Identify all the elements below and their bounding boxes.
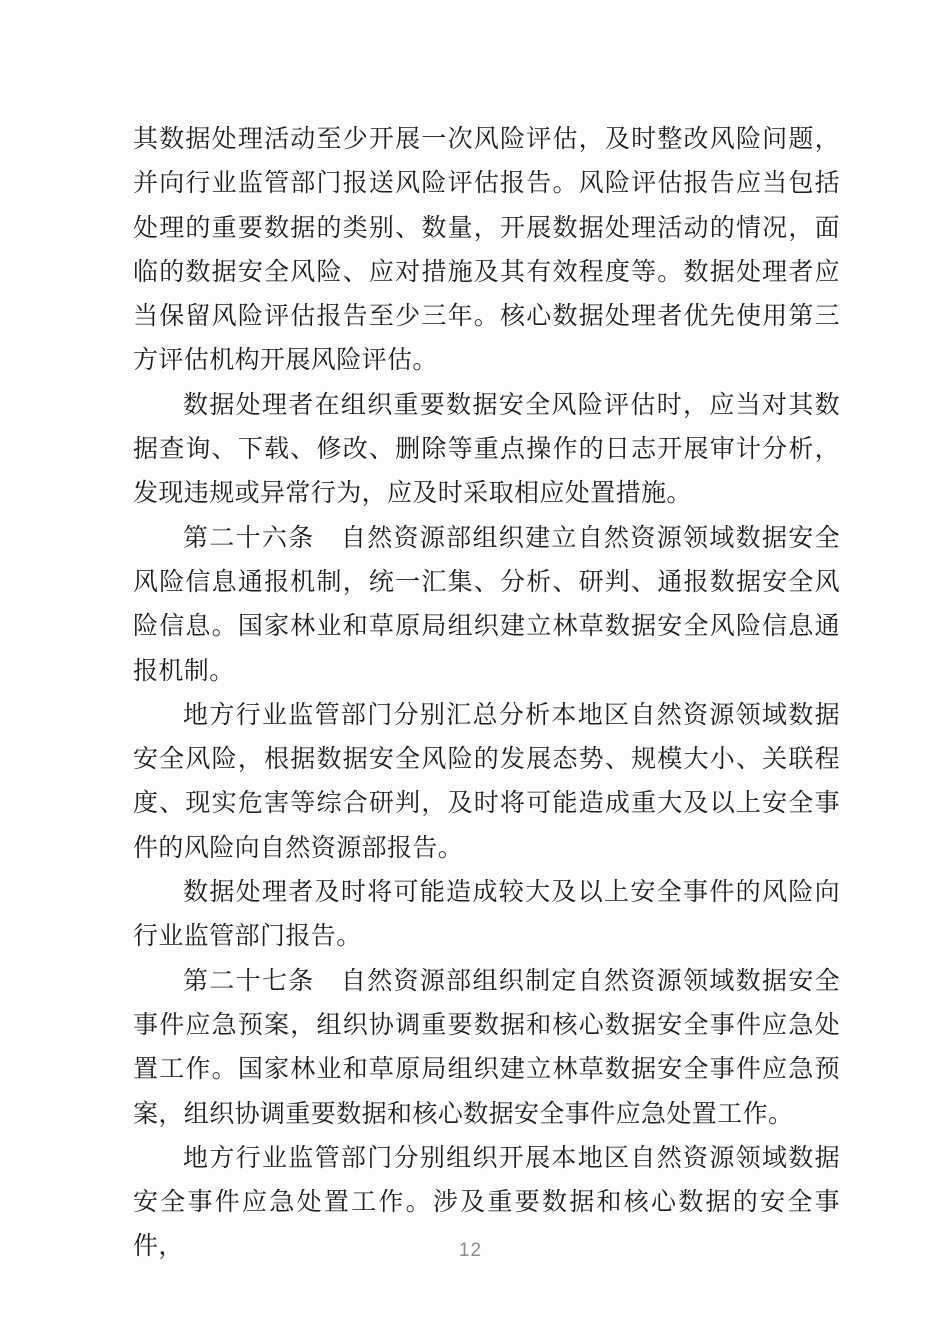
page-number: 12 [0, 1239, 941, 1263]
paragraph: 其数据处理活动至少开展一次风险评估，及时整改风险问题，并向行业监管部门报送风险评… [133, 117, 840, 383]
paragraph: 数据处理者及时将可能造成较大及以上安全事件的风险向行业监管部门报告。 [133, 870, 840, 959]
paragraph: 第二十六条 自然资源部组织建立自然资源领域数据安全风险信息通报机制，统一汇集、分… [133, 516, 840, 693]
paragraph: 数据处理者在组织重要数据安全风险评估时，应当对其数据查询、下载、修改、删除等重点… [133, 383, 840, 516]
document-page: 其数据处理活动至少开展一次风险评估，及时整改风险问题，并向行业监管部门报送风险评… [0, 0, 941, 1331]
body-text: 其数据处理活动至少开展一次风险评估，及时整改风险问题，并向行业监管部门报送风险评… [133, 117, 840, 1269]
paragraph: 第二十七条 自然资源部组织制定自然资源领域数据安全事件应急预案，组织协调重要数据… [133, 959, 840, 1136]
paragraph: 地方行业监管部门分别汇总分析本地区自然资源领域数据安全风险，根据数据安全风险的发… [133, 693, 840, 870]
